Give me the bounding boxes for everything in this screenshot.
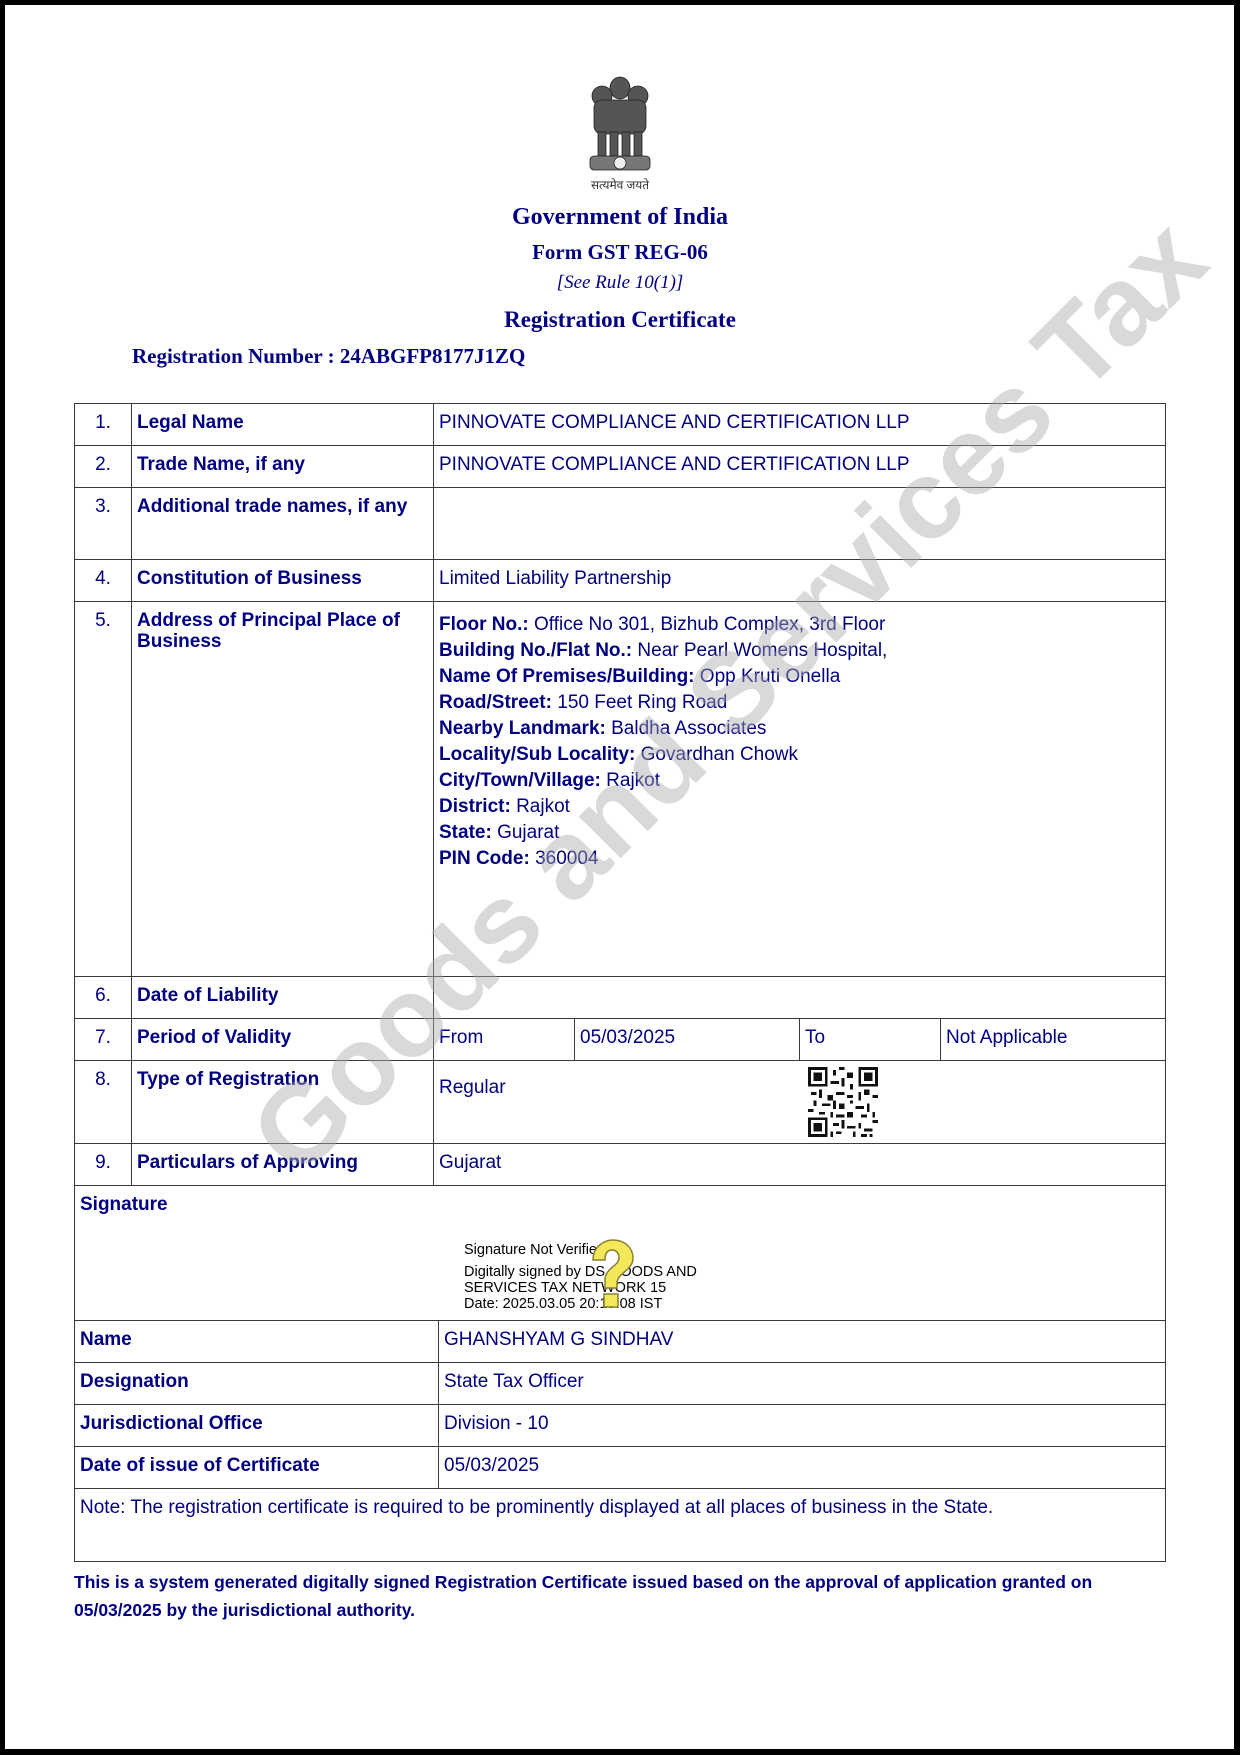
designation-value: State Tax Officer [439,1363,1165,1404]
constitution-value: Limited Liability Partnership [434,560,1165,601]
row-label: Trade Name, if any [132,446,434,487]
row-number: 8. [75,1061,132,1143]
motto: सत्यमेव जयते [560,176,680,193]
registration-type-value: Regular [434,1061,1165,1143]
validity-to-value: Not Applicable [941,1019,1165,1060]
note-text: Note: The registration certificate is re… [80,1497,993,1519]
certificate-title: Registration Certificate [0,307,1240,333]
table-row: Name GHANSHYAM G SINDHAV [74,1320,1166,1362]
row-number: 5. [75,602,132,976]
registration-number: Registration Number : 24ABGFP8177J1ZQ [132,344,525,369]
row-number: 9. [75,1144,132,1185]
question-mark-icon [581,1238,641,1318]
row-number: 3. [75,488,132,559]
table-row: 2. Trade Name, if any PINNOVATE COMPLIAN… [74,445,1166,487]
address-value: Floor No.: Office No 301, Bizhub Complex… [434,602,1165,976]
date-of-liability-value [434,977,1165,1018]
approving-authority-value: Gujarat [434,1144,1165,1185]
address-line: State: Gujarat [439,820,1160,846]
table-row: 4. Constitution of Business Limited Liab… [74,559,1166,601]
signature-section: Signature Signature Not Verified Digital… [74,1185,1166,1320]
row-label: Type of Registration [132,1061,434,1143]
address-line: Building No./Flat No.: Near Pearl Womens… [439,638,1160,664]
table-row: 1. Legal Name PINNOVATE COMPLIANCE AND C… [74,403,1166,445]
row-number: 6. [75,977,132,1018]
registration-number-value: 24ABGFP8177J1ZQ [340,344,526,368]
address-line: Floor No.: Office No 301, Bizhub Complex… [439,612,1160,638]
additional-trade-names-value [434,488,1165,559]
registration-number-label: Registration Number : [132,344,335,368]
form-title: Form GST REG-06 [0,240,1240,265]
table-row: 7. Period of Validity From 05/03/2025 To… [74,1018,1166,1060]
row-number: 4. [75,560,132,601]
address-line: PIN Code: 360004 [439,846,1160,872]
row-label: Period of Validity [132,1019,434,1060]
table-bottom-border [74,1561,1166,1562]
address-line: Nearby Landmark: Baldha Associates [439,716,1160,742]
national-emblem-icon [580,72,660,192]
trade-name-value: PINNOVATE COMPLIANCE AND CERTIFICATION L… [434,446,1165,487]
address-line: Locality/Sub Locality: Govardhan Chowk [439,742,1160,768]
table-row: Designation State Tax Officer [74,1362,1166,1404]
note-section: Note: The registration certificate is re… [74,1488,1166,1561]
validity-from-label: From [434,1019,575,1060]
row-label: Additional trade names, if any [132,488,434,559]
address-line: Name Of Premises/Building: Opp Kruti One… [439,664,1160,690]
row-number: 1. [75,404,132,445]
jurisdictional-office-value: Division - 10 [439,1405,1165,1446]
table-row: 5. Address of Principal Place of Busines… [74,601,1166,976]
signature-label: Signature [80,1194,168,1216]
officer-name-value: GHANSHYAM G SINDHAV [439,1321,1165,1362]
table-row: 6. Date of Liability [74,976,1166,1018]
officer-label: Date of issue of Certificate [75,1447,439,1488]
table-row: 8. Type of Registration Regular [74,1060,1166,1143]
date-of-issue-value: 05/03/2025 [439,1447,1165,1488]
rule-reference: [See Rule 10(1)] [0,272,1240,294]
address-line: City/Town/Village: Rajkot [439,768,1160,794]
row-label: Constitution of Business [132,560,434,601]
row-number: 7. [75,1019,132,1060]
qr-code-icon [808,1067,878,1137]
row-label: Date of Liability [132,977,434,1018]
table-row: Jurisdictional Office Division - 10 [74,1404,1166,1446]
officer-label: Name [75,1321,439,1362]
validity-to-label: To [800,1019,941,1060]
table-row: 9. Particulars of Approving Gujarat [74,1143,1166,1185]
address-line: District: Rajkot [439,794,1160,820]
row-label: Particulars of Approving [132,1144,434,1185]
government-title: Government of India [0,204,1240,231]
footer-statement: This is a system generated digitally sig… [74,1568,1174,1624]
officer-label: Jurisdictional Office [75,1405,439,1446]
legal-name-value: PINNOVATE COMPLIANCE AND CERTIFICATION L… [434,404,1165,445]
address-line: Road/Street: 150 Feet Ring Road [439,690,1160,716]
table-row: 3. Additional trade names, if any [74,487,1166,559]
validity-from-value: 05/03/2025 [575,1019,800,1060]
row-label: Legal Name [132,404,434,445]
row-number: 2. [75,446,132,487]
row-label: Address of Principal Place of Business [132,602,434,976]
table-row: Date of issue of Certificate 05/03/2025 [74,1446,1166,1488]
officer-label: Designation [75,1363,439,1404]
